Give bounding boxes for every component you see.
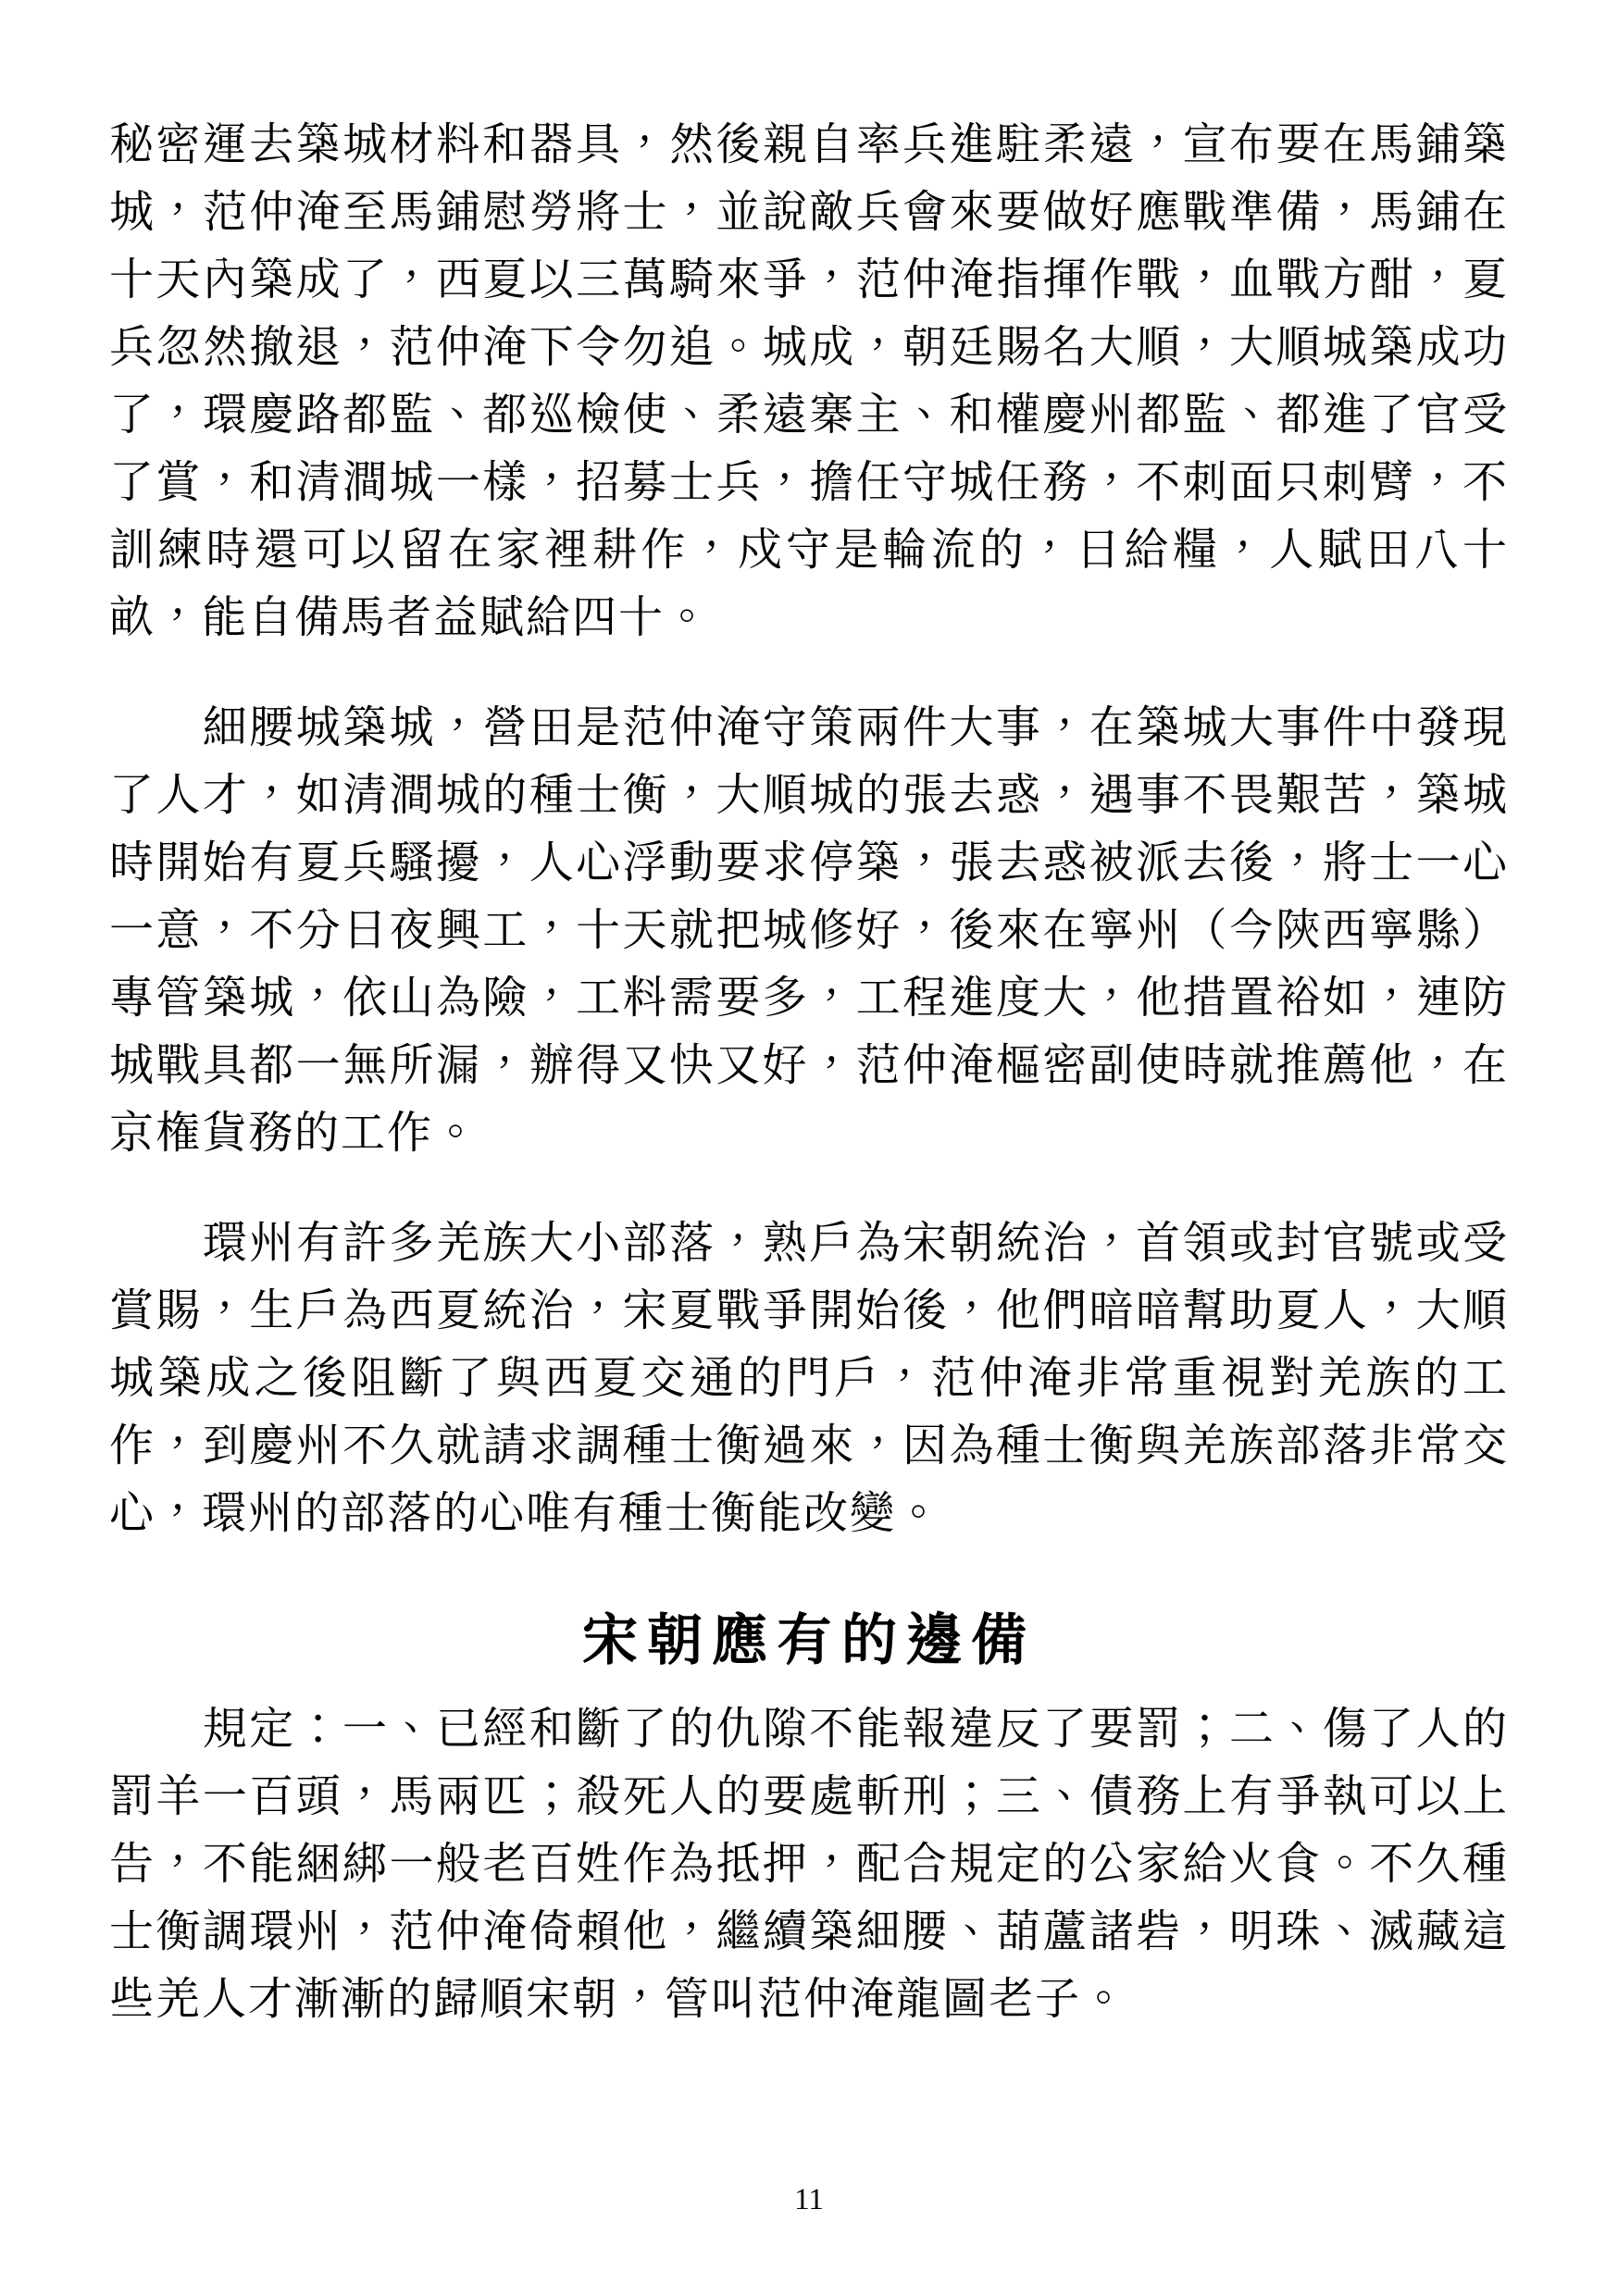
paragraph-2: 細腰城築城，營田是范仲淹守策兩件大事，在築城大事件中發現了人才，如清澗城的種士衡… bbox=[109, 694, 1509, 1167]
section-heading: 宋朝應有的邊備 bbox=[109, 1599, 1509, 1682]
paragraph-1: 秘密運去築城材料和器具，然後親自率兵進駐柔遠，宣布要在馬鋪築城，范仲淹至馬鋪慰勞… bbox=[109, 111, 1509, 652]
document-page: 秘密運去築城材料和器具，然後親自率兵進駐柔遠，宣布要在馬鋪築城，范仲淹至馬鋪慰勞… bbox=[0, 0, 1618, 2296]
paragraph-3: 環州有許多羌族大小部落，熟戶為宋朝統治，首領或封官號或受賞賜，生戶為西夏統治，宋… bbox=[109, 1210, 1509, 1547]
page-number: 11 bbox=[0, 2177, 1618, 2223]
paragraph-4: 規定：一、已經和斷了的仇隙不能報違反了要罰；二、傷了人的罰羊一百頭，馬兩匹；殺死… bbox=[109, 1695, 1509, 2033]
